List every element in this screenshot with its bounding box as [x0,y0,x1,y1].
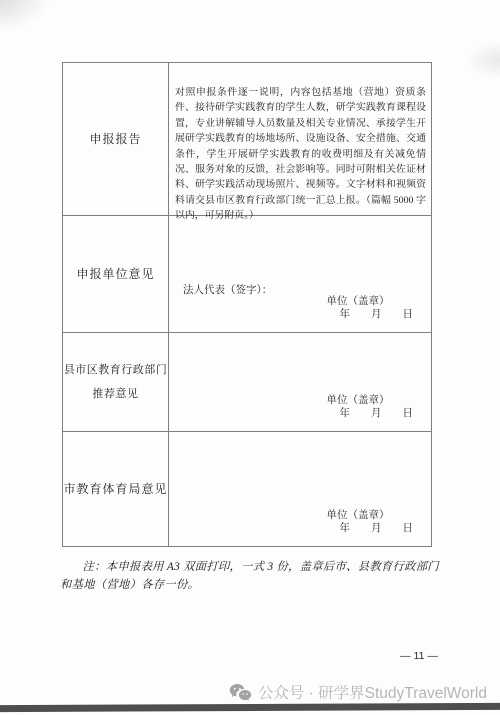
report-instructions-text: 对照申报条件逐一说明，内容包括基地（营地）资质条件、接待研学实践教育的学生人数，… [175,87,426,221]
print-instructions-note: 注：本申报表用 A3 双面打印，一式 3 份，盖章后市、县教育行政部门和基地（营… [60,559,444,594]
legal-representative-signature-label: 法人代表（签字）： [183,282,272,297]
wechat-account-footer: 公众号 · 研学界StudyTravelWorld [0,681,487,703]
scan-shadow-top-right [464,40,500,80]
bottom-divider-bar [0,703,500,712]
page-number: — 11 — [394,650,444,662]
row-label-city-education-bureau-opinion: 市教育体育局意见 [63,432,169,546]
seal-and-date-block: 单位（盖章） 年 月 日 [327,510,414,535]
row-label-text: 市教育体育局意见 [63,482,167,496]
row-label-line2: 推荐意见 [93,387,139,401]
wechat-account-label: 公众号 · 研学界StudyTravelWorld [258,681,487,703]
row-label-county-education-dept-recommendation: 县市区教育行政部门 推荐意见 [63,333,169,432]
unit-seal-label: 单位（盖章） [327,510,414,523]
wechat-logo-icon [229,683,252,702]
city-education-bureau-opinion-cell: 单位（盖章） 年 月 日 [169,432,431,546]
row-label-line1: 县市区教育行政部门 [64,363,168,377]
seal-and-date-block: 单位（盖章） 年 月 日 [327,395,414,420]
seal-and-date-block: 单位（盖章） 年 月 日 [327,296,414,321]
unit-seal-label: 单位（盖章） [327,395,414,408]
date-label: 年 月 日 [327,309,414,322]
applicant-unit-opinion-cell: 法人代表（签字）： 单位（盖章） 年 月 日 [169,216,431,333]
county-education-dept-opinion-cell: 单位（盖章） 年 月 日 [169,333,431,432]
row-label-text: 申报报告 [89,132,141,146]
row-label-application-report: 申报报告 [63,63,169,216]
date-label: 年 月 日 [327,523,414,536]
row-label-applicant-unit-opinion: 申报单位意见 [63,216,169,333]
row-label-text: 申报单位意见 [76,267,154,281]
unit-seal-label: 单位（盖章） [327,296,414,309]
scan-shadow-top-left [0,0,52,32]
application-form-table: 申报报告 对照申报条件逐一说明，内容包括基地（营地）资质条件、接待研学实践教育的… [62,62,432,547]
date-label: 年 月 日 [327,408,414,421]
application-report-description: 对照申报条件逐一说明，内容包括基地（营地）资质条件、接待研学实践教育的学生人数，… [169,63,431,216]
